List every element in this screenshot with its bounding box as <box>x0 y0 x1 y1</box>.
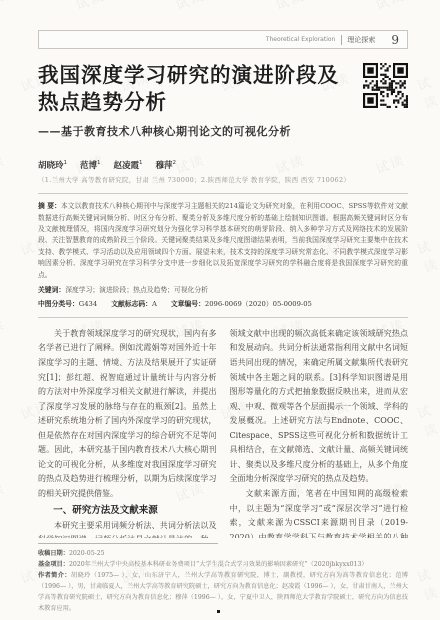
abstract-text: 本文以教育技术八种核心期刊中与深度学习主题相关的214篇论文为研究对象，在利用C… <box>38 202 408 278</box>
watermark-text: 试读 <box>414 398 440 441</box>
section-name-chinese: 理论探索 <box>341 35 375 45</box>
body-columns: 关于教育领域深度学习的研究现状，国内有多名学者已进行了阐释。例如沈霞娟等对国外近… <box>38 327 408 538</box>
article-title-line2: 热点趋势分析 <box>38 89 352 116</box>
clc-number: 中图分类号：G434 <box>38 298 97 308</box>
watermark-text: 试读 <box>414 562 440 605</box>
watermark-text: 试读 <box>414 70 440 113</box>
author-affiliation-sup: 1 <box>97 160 101 166</box>
author: 胡晓玲1 <box>38 161 67 171</box>
received-date: 2020-05-25 <box>69 550 105 557</box>
watermark-text: 试读 <box>173 0 208 14</box>
section-heading: 一、研究方法及文献来源 <box>38 502 217 519</box>
watermark-text: 试读 <box>73 0 108 14</box>
author-bio-text: 胡晓玲（1975— ），女，山东济宁人，兰州大学高等教育研究院，博士，副教授，研… <box>38 572 408 612</box>
affiliation-line: （1.兰州大学 高等教育研究院，甘肃 兰州 730000；2.陕西师范大学 教育… <box>38 175 408 184</box>
document-code: 文献标志码：A <box>111 298 157 308</box>
footnote-divider <box>38 543 218 544</box>
keywords-label: 关键词： <box>38 286 65 294</box>
keywords-line: 关键词：深度学习；演进阶段；热点及趋势；可视化分析 <box>38 284 408 294</box>
title-block: 我国深度学习研究的演进阶段及 热点趋势分析 ——基于教育技术八种核心期刊论文的可… <box>38 62 408 139</box>
watermark-text: 试读 <box>0 0 7 14</box>
body-paragraph: 本研究主要采用词频分析法、共词分析法以及科学知识图谱。词频分析法是文献计量法的一… <box>38 519 217 538</box>
article-id: 文章编号：2096-0069（2020）05-0009-05 <box>171 298 312 308</box>
watermark-text: 试读 <box>373 0 408 14</box>
left-column: 关于教育领域深度学习的研究现状，国内有多名学者已进行了阐释。例如沈霞娟等对国外近… <box>38 327 217 538</box>
watermark-text: 试读 <box>0 477 7 505</box>
watermark-text: 试读 <box>0 149 7 177</box>
author-affiliation-sup: 1 <box>139 160 143 166</box>
watermark-text: 试读 <box>414 234 440 277</box>
received-date-line: 收稿日期：2020-05-25 <box>38 548 408 559</box>
meta-line: 中图分类号：G434 文献标志码：A 文章编号：2096-0069（2020）0… <box>38 298 408 308</box>
author-affiliation-sup: 2 <box>172 160 176 166</box>
body-paragraph: 关于教育领域深度学习的研究现状，国内有多名学者已进行了阐释。例如沈霞娟等对国外近… <box>38 327 217 502</box>
author: 赵凌霞1 <box>113 161 142 171</box>
divider <box>38 317 408 318</box>
divider <box>38 193 408 194</box>
abstract-label: 摘 要： <box>38 202 61 210</box>
right-column: 领域文献中出现的频次高低来确定该领域研究热点和发展动向。共词分析法通常指利用文献… <box>230 327 409 538</box>
body-paragraph: 文献来源方面，笔者在中国知网的高级检索中，以主题为“深度学习”或“深层次学习”进… <box>230 487 409 538</box>
author-list: 胡晓玲1 范博1 赵凌霞1 穆萍2 <box>38 159 408 171</box>
article-subtitle: ——基于教育技术八种核心期刊论文的可视化分析 <box>38 123 352 139</box>
author: 穆萍2 <box>155 161 176 171</box>
paper-page: 试读试读试读试读试读试读试读试读试读试读试读试读试读试读试读试读试读试读试读试读… <box>0 0 440 620</box>
keywords-text: 深度学习；演进阶段；热点及趋势；可视化分析 <box>65 286 208 294</box>
watermark-text: 试读 <box>0 313 7 341</box>
author-affiliation-sup: 1 <box>64 160 68 166</box>
qr-code-icon <box>363 63 408 108</box>
watermark-text: 试读 <box>273 0 308 14</box>
funding-line: 基金项目：2020年兰州大学中央高校基本科研业务费项目“大学生混合式学习效果的影… <box>38 559 408 570</box>
article-title: 我国深度学习研究的演进阶段及 热点趋势分析 <box>38 62 352 116</box>
author-bio-line: 作者简介：胡晓玲（1975— ），女，山东济宁人，兰州大学高等教育研究院，博士，… <box>38 570 408 614</box>
abstract-paragraph: 摘 要：本文以教育技术八种核心期刊中与深度学习主题相关的214篇论文为研究对象，… <box>38 201 408 281</box>
funding-text: 2020年兰州大学中央高校基本科研业务费项目“大学生混合式学习效果的影响因素研究… <box>69 561 368 568</box>
section-name-english: Theoretical Exploration <box>266 36 336 43</box>
body-paragraph: 领域文献中出现的频次高低来确定该领域研究热点和发展动向。共词分析法通常指利用文献… <box>230 327 409 487</box>
author: 范博1 <box>80 161 101 171</box>
journal-header: Theoretical Exploration 理论探索 9 <box>38 30 408 49</box>
article-title-line1: 我国深度学习研究的演进阶段及 <box>38 62 352 89</box>
page-number: 9 <box>391 33 399 47</box>
